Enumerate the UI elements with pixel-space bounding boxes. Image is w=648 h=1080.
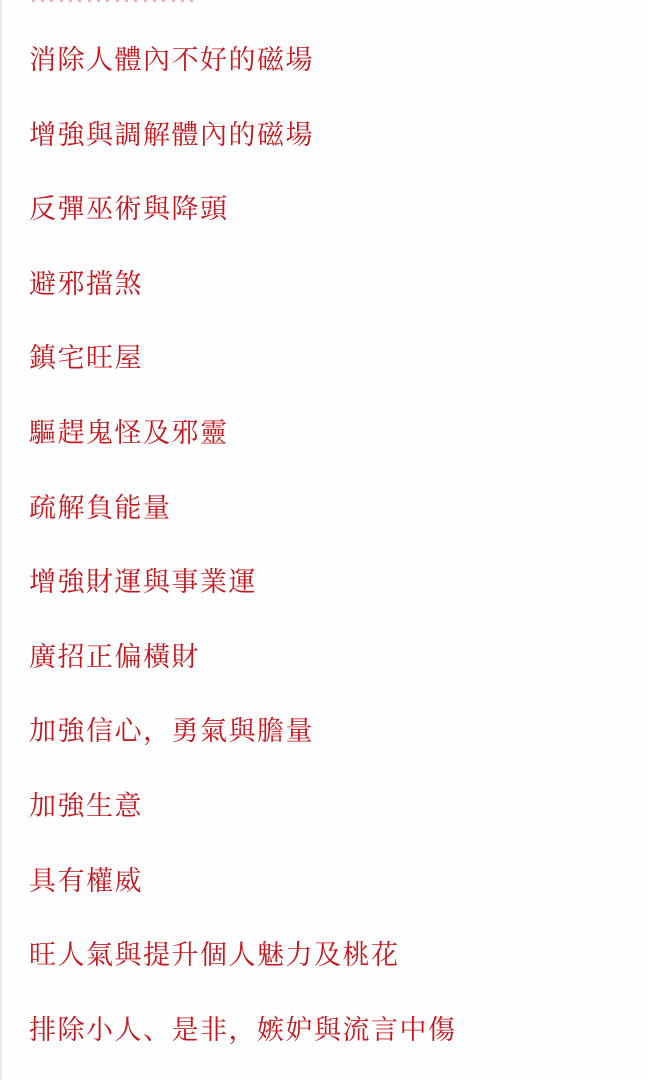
list-item: 避邪擋煞 — [29, 266, 457, 341]
list-item: 反彈巫術與降頭 — [29, 191, 457, 266]
cut-off-text: ……………… — [29, 0, 299, 4]
list-item: 旺人氣與提升個人魅力及桃花 — [29, 937, 457, 1012]
list-item: 疏解負能量 — [29, 490, 457, 565]
cut-off-top-line: ……………… — [29, 0, 299, 4]
list-item: 廣招正偏橫財 — [29, 639, 457, 714]
list-item: 驅趕鬼怪及邪靈 — [29, 415, 457, 490]
list-item: 鎮宅旺屋 — [29, 340, 457, 415]
list-item: 排除小人、是非，嫉妒與流言中傷 — [29, 1012, 457, 1080]
list-item: 具有權威 — [29, 863, 457, 938]
list-item: 增強與調解體內的磁場 — [29, 117, 457, 192]
list-item: 增強財運與事業運 — [29, 564, 457, 639]
benefits-list: 消除人體內不好的磁場 增強與調解體內的磁場 反彈巫術與降頭 避邪擋煞 鎮宅旺屋 … — [29, 42, 457, 1080]
document-page: ……………… 消除人體內不好的磁場 增強與調解體內的磁場 反彈巫術與降頭 避邪擋… — [0, 0, 648, 1080]
list-item: 消除人體內不好的磁場 — [29, 42, 457, 117]
list-item: 加強信心，勇氣與膽量 — [29, 713, 457, 788]
list-item: 加強生意 — [29, 788, 457, 863]
